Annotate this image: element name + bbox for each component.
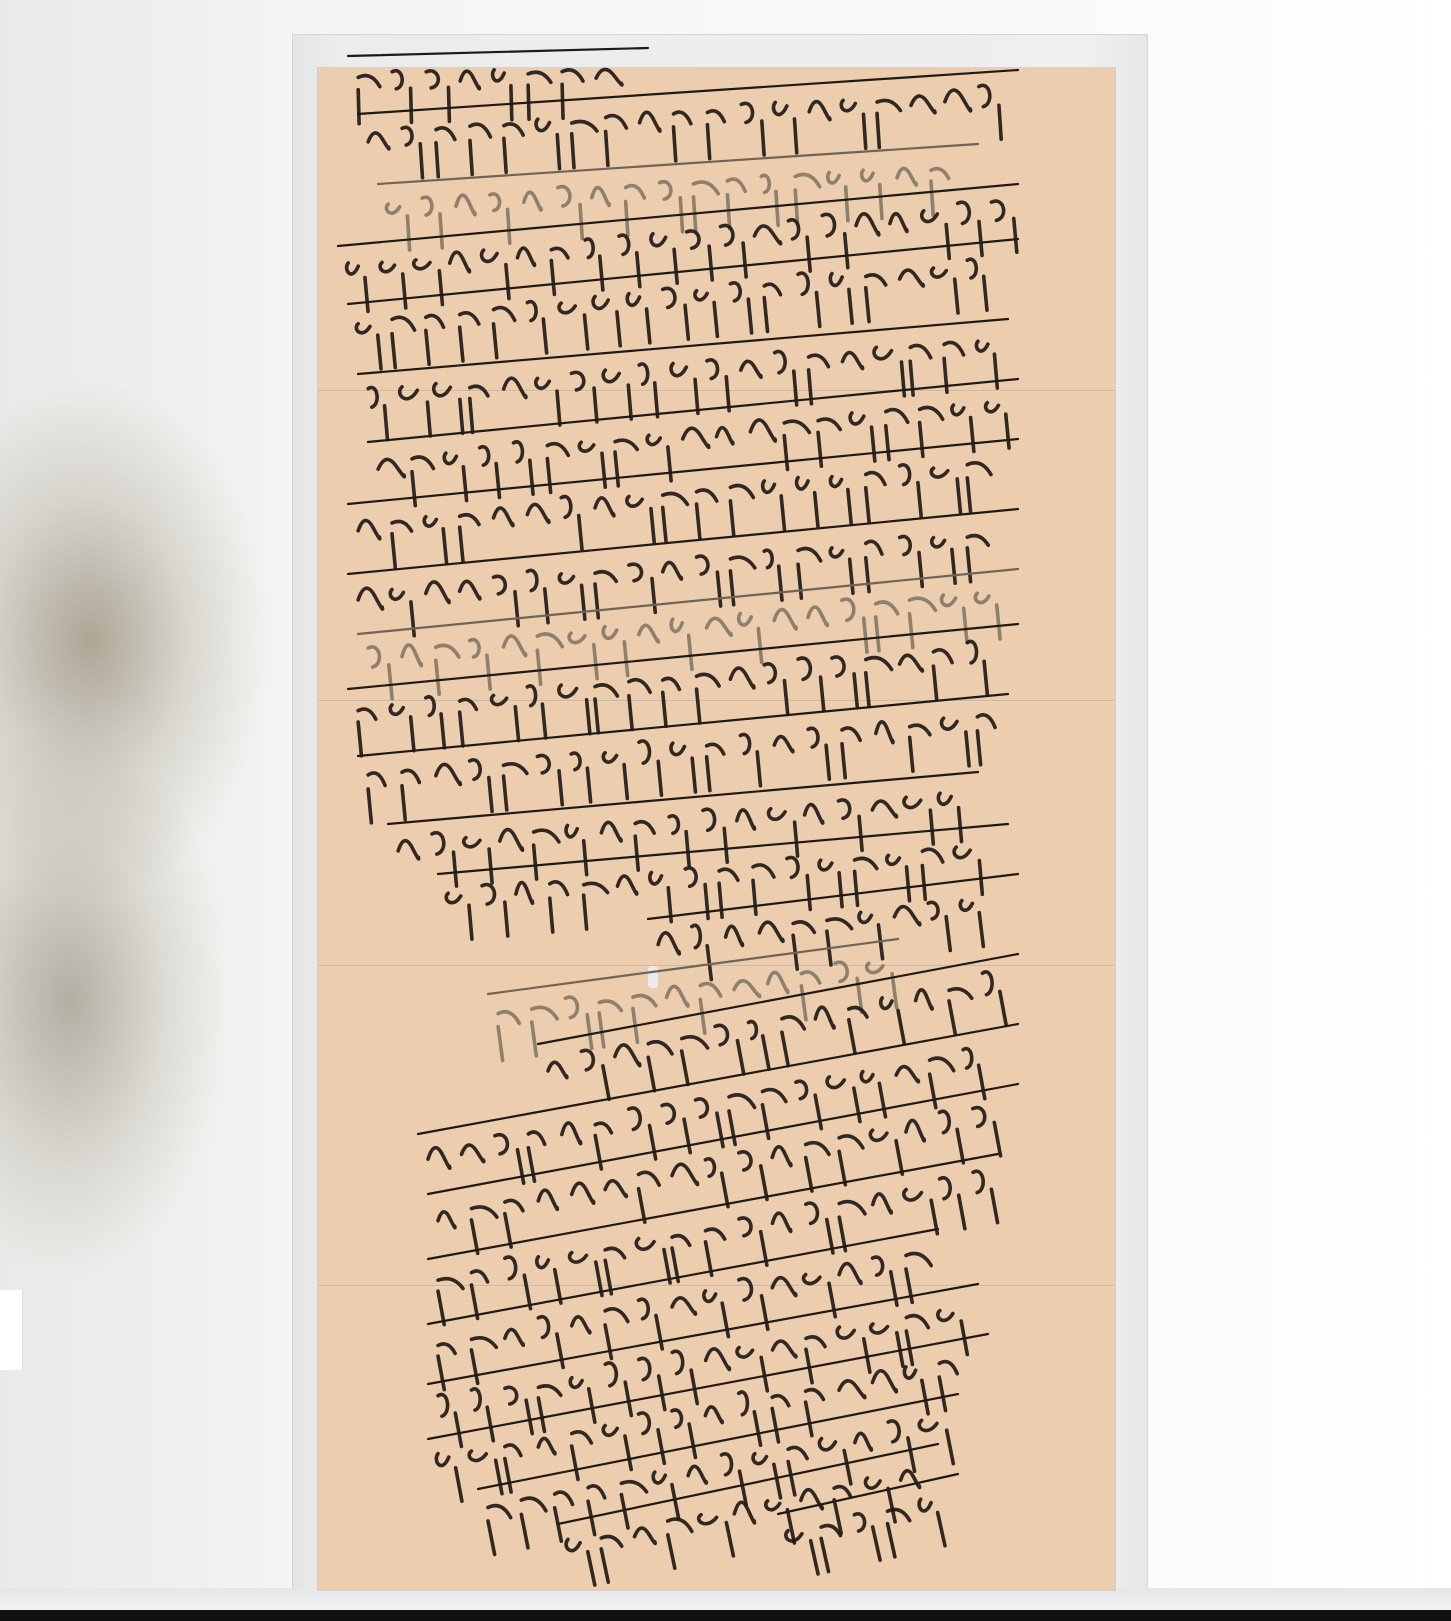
handwriting-line — [358, 70, 1018, 178]
sleeve-bottom-band — [0, 1588, 1451, 1610]
handwriting-line — [438, 824, 1008, 939]
handwriting-line — [428, 1084, 1018, 1253]
handwriting-line — [558, 1444, 938, 1585]
handwriting-line — [348, 439, 1018, 568]
handwriting-line — [358, 694, 1008, 823]
handwriting-line — [338, 184, 1018, 311]
handwriting-line — [348, 624, 1018, 756]
handwriting-strokes — [318, 68, 1115, 1590]
handwriting-line — [418, 1024, 1018, 1183]
scanner-bottom-edge — [0, 1610, 1451, 1621]
handwritten-letter — [318, 68, 1115, 1590]
handwriting-line — [348, 509, 1018, 636]
scanner-edge-mark — [0, 1290, 23, 1370]
handwriting-line — [358, 319, 1008, 440]
handwriting-line — [388, 772, 978, 886]
handwriting-line — [368, 379, 1018, 506]
handwriting-line — [348, 239, 1018, 369]
